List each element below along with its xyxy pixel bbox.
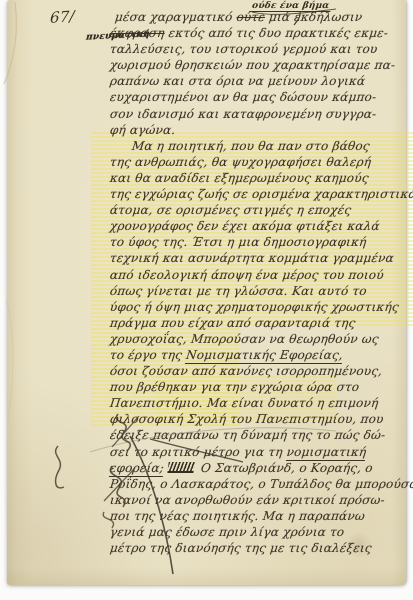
manuscript-line: που βρέθηκαν για την εγχώρια ώρα στο [109,379,407,395]
manuscript-line: πράγμα που είχαν από σαρανταριά της [109,315,407,331]
line-text: σει το κριτικό μέτρο για τη [109,445,287,459]
manuscript-line: εφορεία; Ο Σατωβριάνδ, ο Κοραής, ο [109,460,407,476]
manuscript-line: ταλλεύσεις, του ιστορικού γερμού και του [109,41,407,57]
manuscript-line: έκφραση εκτός από τις δυο πρακτικές εκμε… [109,25,407,41]
struck-word: ούτε [236,10,266,24]
manuscript-line: φή αγώνα. [109,122,407,138]
manuscript-line: Ροΐδης, ο Λασκαράτος, ο Τυπάλδος θα μπορ… [109,476,407,492]
line-text: το έργο της [109,348,187,362]
manuscript-line: ποι της νέας ποιητικής. Μα η παραπάνω [109,508,407,524]
manuscript-line: ραπάνω και στα όρια να μείνουν λογικά [109,73,407,89]
manuscript-line: Πανεπιστήμιο. Μα είναι δυνατό η επιμονή [109,395,407,411]
manuscript-line: και θα αναδίδει εξημερωμένους καημούς [109,170,407,186]
manuscript-line: φιλοσοφική Σχολή του Πανεπιστημίου, που [109,411,407,427]
manuscript-line: της εγχώριας ζωής σε ορισμένα χαρακτηρισ… [109,186,407,202]
manuscript-line: το ύφος της. Έτσι η μια δημοσιογραφική [109,234,407,250]
manuscript-line: της ανθρωπιάς, θα ψυχογραφήσει θαλερή [109,154,407,170]
underlined-phrase: νομισματική [286,445,368,461]
underlined-phrase: εφορεία; [109,461,165,477]
line-text: εκτός από τις δυο πρακτικές εκμε- [164,26,389,40]
manuscript-text-block: μέσα χαραγματικό ούτε μιά εκδήλωσιν έκφρ… [109,9,405,556]
manuscript-line: ύφος ή όψη μιας χρηματομορφικής χρωστική… [109,299,407,315]
line-text: μέσα χαραγματικό [114,10,237,24]
manuscript-line: γενιά μας έδωσε πριν λίγα χρόνια το [109,524,407,540]
manuscript-line: μέτρο της διανόησής της με τις διαλέξεις [109,540,407,556]
manuscript-line: έδειξε παραπάνω τη δύναμή της το πώς δώ- [109,427,407,443]
line-text: μιά εκδήλωσιν [264,10,363,24]
manuscript-line: μέσα χαραγματικό ούτε μιά εκδήλωσιν [109,9,407,25]
manuscript-line: τεχνική και ασυνάρτητα κομμάτια γραμμένα [109,250,407,266]
manuscript-line: όπως γίνεται με τη γλώσσα. Και αυτό το [109,283,407,299]
manuscript-line: Μα η ποιητική, που θα παν στο βάθος [109,138,407,154]
manuscript-line: χρονογράφος δεν έχει ακόμα φτιάξει καλά [109,218,407,234]
page-number: 67/ [50,7,75,27]
underlined-phrase: Νομισματικής Εφορείας, [185,348,344,364]
line-text: Ο Σατωβριάνδ, ο Κοραής, ο [196,461,374,475]
manuscript-line: σει το κριτικό μέτρο για τη νομισματική [109,444,407,460]
manuscript-line: ικανοί να ανορθωθούν εάν κριτικοί πρόσω- [109,492,407,508]
manuscript-line: όσοι ζούσαν από κανόνες ισορροπημένους, [109,363,407,379]
manuscript-line: χωρισμού θρησκειών που χαρακτηρίσαμε πα- [109,57,407,73]
manuscript-line: το έργο της Νομισματικής Εφορείας, [109,347,407,363]
manuscript-line: χρυσοχοΐας, Μπορούσαν να θεωρηθούν ως [109,331,407,347]
scanned-manuscript-screenshot: { "page": { "number": "67/" }, "colors":… [0,0,413,600]
manuscript-line: σον ιδανισμό και καταφρονεμένη συγγρα- [109,106,407,122]
manuscript-line: ευχαριστημένοι αν θα μας δώσουν κάμπο- [109,89,407,105]
scribbled-out-word [167,462,194,473]
manuscript-line: από ιδεολογική άποψη ένα μέρος του ποιού [109,267,407,283]
manuscript-line: άτομα, σε ορισμένες στιγμές η εποχές [109,202,407,218]
struck-word: έκφραση [109,26,165,40]
